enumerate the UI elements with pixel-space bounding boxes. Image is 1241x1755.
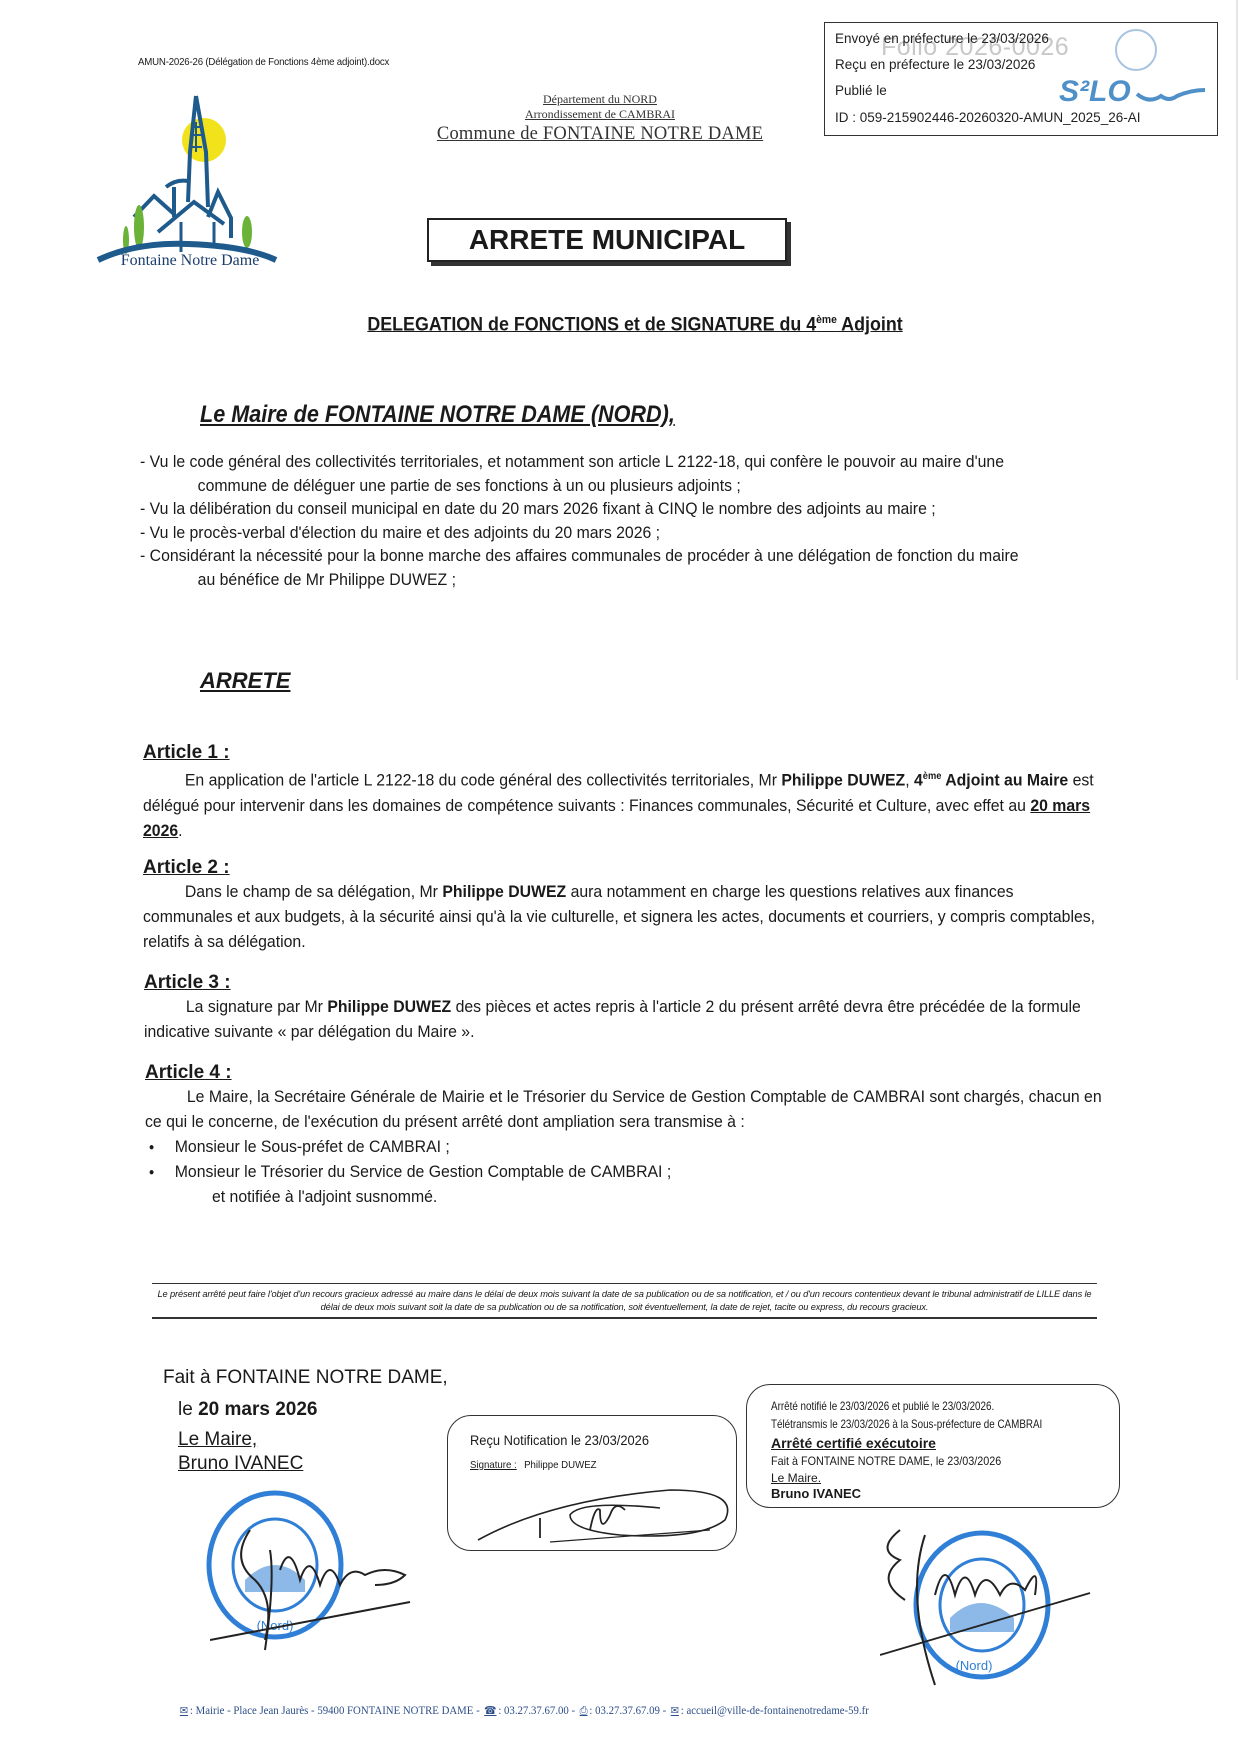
sent-date: Envoyé en préfecture le 23/03/2026 [835, 31, 1049, 46]
document-filename: AMUN-2026-26 (Délégation de Fonctions 4è… [138, 56, 389, 68]
article-4: Article 4 : Le Maire, la Secrétaire Géné… [145, 1062, 1241, 1209]
notified-published-line: Arrêté notifié le 23/03/2026 et publié l… [771, 1399, 994, 1413]
executory-name: Bruno IVANEC [771, 1486, 861, 1501]
signer-name: Bruno IVANEC [178, 1453, 303, 1475]
scan-edge [1236, 0, 1238, 680]
considerant-item: - Vu la délibération du conseil municipa… [140, 497, 1033, 521]
subtitle-sup: ème [816, 314, 837, 326]
phone-icon: ☎ [484, 1704, 496, 1717]
document-subtitle: DELEGATION de FONCTIONS et de SIGNATURE … [330, 314, 941, 336]
article-body: Dans le champ de sa délégation, Mr Phili… [143, 879, 1104, 954]
footer-fax: 03.27.37.67.09 [595, 1703, 660, 1717]
logo-caption: Fontaine Notre Dame [100, 252, 280, 270]
signer-role: Le Maire, [178, 1429, 257, 1451]
article-body: Le Maire, la Secrétaire Générale de Mair… [145, 1084, 1106, 1134]
s2lo-logo: S²LO [1059, 75, 1131, 109]
commune-header: Département du NORD Arrondissement de CA… [420, 92, 780, 146]
made-at-line: Fait à FONTAINE NOTRE DAME, le 23/03/202… [771, 1454, 1001, 1468]
notification-signer: Signature :Philippe DUWEZ [470, 1459, 597, 1471]
certified-executory: Arrêté certifié exécutoire [771, 1435, 936, 1451]
document-title: ARRETE MUNICIPAL [427, 218, 787, 262]
footer-address: Mairie - Place Jean Jaurès - 59400 FONTA… [196, 1703, 474, 1717]
subtitle-end: Adjoint [837, 314, 903, 335]
executory-role: Le Maire. [771, 1471, 821, 1485]
received-date: Reçu en préfecture le 23/03/2026 [835, 57, 1035, 72]
considerants-list: - Vu le code général des collectivités t… [140, 450, 1033, 591]
email-icon: ✉ [671, 1704, 679, 1717]
seal-icon [1115, 29, 1157, 71]
considerant-item: - Vu le code général des collectivités t… [140, 450, 1033, 497]
mayor-certification-signature [880, 1515, 1095, 1695]
footer-email[interactable]: accueil@ville-de-fontainenotredame-59.fr [686, 1703, 868, 1717]
commune-logo [96, 92, 296, 272]
article-2: Article 2 : Dans le champ de sa délégati… [143, 857, 1176, 954]
recipient-item: Monsieur le Sous-préfet de CAMBRAI ; [145, 1134, 1106, 1159]
considerant-item: - Considérant la nécessité pour la bonne… [140, 544, 1033, 591]
signed-place: Fait à FONTAINE NOTRE DAME, [163, 1367, 448, 1389]
deputy-signature [470, 1480, 735, 1550]
recipient-item: Monsieur le Trésorier du Service de Gest… [145, 1159, 1106, 1184]
notification-date: Reçu Notification le 23/03/2026 [470, 1432, 649, 1448]
article-title: Article 1 : [143, 742, 1176, 764]
article-body: En application de l'article L 2122-18 du… [143, 764, 1104, 843]
mayor-heading: Le Maire de FONTAINE NOTRE DAME (NORD), [200, 401, 675, 429]
mayor-signature [210, 1510, 440, 1655]
department-label: Département du NORD [420, 92, 780, 107]
prefecture-stamp: Folio 2026-0026 Envoyé en préfecture le … [824, 22, 1218, 136]
article-1: Article 1 : En application de l'article … [143, 742, 1176, 843]
footer-phone: 03.27.37.67.00 [504, 1703, 569, 1717]
arrondissement-label: Arrondissement de CAMBRAI [420, 107, 780, 122]
arrete-heading: ARRETE [200, 668, 290, 694]
checkmark-icon [1135, 88, 1207, 104]
signed-date: le 20 mars 2026 [178, 1399, 317, 1421]
commune-label: Commune de FONTAINE NOTRE DAME [420, 122, 780, 146]
subtitle-text: DELEGATION de FONCTIONS et de SIGNATURE … [367, 314, 816, 335]
article-body: La signature par Mr Philippe DUWEZ des p… [144, 994, 1105, 1044]
recipients-list: Monsieur le Sous-préfet de CAMBRAI ; Mon… [145, 1134, 1106, 1184]
contact-footer: ✉: Mairie - Place Jean Jaurès - 59400 FO… [178, 1703, 869, 1718]
executory-certification-box: Arrêté notifié le 23/03/2026 et publié l… [746, 1384, 1120, 1508]
appeal-notice: Le présent arrêté peut faire l'objet d'u… [152, 1283, 1097, 1319]
act-id: ID : 059-215902446-20260320-AMUN_2025_26… [835, 110, 1140, 125]
teletransmitted-line: Télétransmis le 23/03/2026 à la Sous-pré… [771, 1417, 1042, 1431]
considerant-item: - Vu le procès-verbal d'élection du mair… [140, 521, 1033, 545]
fax-icon: ⎙ [580, 1705, 588, 1718]
article-title: Article 2 : [143, 857, 1176, 879]
closing-line: et notifiée à l'adjoint susnommé. [145, 1184, 1173, 1209]
published-date: Publié le [835, 83, 887, 98]
mail-icon: ✉ [180, 1704, 188, 1717]
article-title: Article 4 : [145, 1062, 1241, 1084]
article-3: Article 3 : La signature par Mr Philippe… [144, 972, 1177, 1044]
article-title: Article 3 : [144, 972, 1177, 994]
